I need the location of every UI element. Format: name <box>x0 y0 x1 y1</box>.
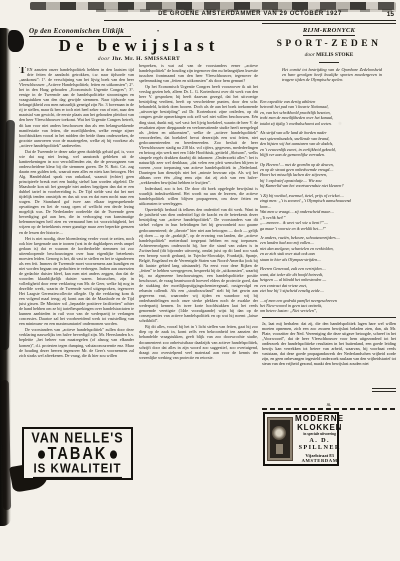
klokken-city: AMSTERDAM <box>295 458 344 463</box>
paragraph: Het is niet noodig, deze bloemlezing ver… <box>19 236 134 327</box>
deco-dot-right <box>110 450 117 458</box>
rijm-byline: door MELIS STOKE <box>262 52 396 58</box>
paragraph: bespreken, is wat zal van de voorstander… <box>139 63 258 83</box>
van-nelle-line2: TABAK <box>38 444 118 463</box>
van-nelle-ad: VAN NELLE'S TABAK IS KWALITEIT <box>22 427 133 480</box>
klokken-merchant-name: A. D. SPILLNER <box>295 438 344 452</box>
poem-stanza: ....of men een gedrukt pamflet neergesch… <box>260 298 396 314</box>
rijm-epigraph: Het comité tot bestrijding van de Openba… <box>282 67 382 83</box>
rijm-door-word: door <box>305 52 315 58</box>
paragraph: Op het Economisch Urgentie Congres heeft… <box>139 84 258 185</box>
rijm-bottom-rule <box>262 317 396 318</box>
poem-stanza: Op Heeren!.... met de gremlin op de deur… <box>260 162 396 189</box>
dashed-divider <box>262 408 396 410</box>
byline-door-word: door <box>98 56 110 62</box>
masthead-rule <box>104 20 396 21</box>
article-title: De bewijslast <box>20 36 258 56</box>
masthead-title: DE GROENE AMSTERDAMMER VAN 29 OCTOBER 19… <box>104 11 396 17</box>
rijm-prose: Ja, laat mij herhalen: dat zij, die den … <box>262 321 396 403</box>
rijm-author: MELIS STOKE <box>316 52 353 58</box>
column3-top-rule <box>262 23 396 24</box>
van-nelle-line3: IS KWALITEIT <box>33 462 121 478</box>
klokken-title-2: KLOKKEN <box>295 424 344 433</box>
page-number: 15 <box>387 11 394 18</box>
paragraph: TEN aanzien onzer handelspolitiek hebben… <box>19 67 134 148</box>
paragraph: Bij dit alles, vooral bij het in 't lich… <box>139 324 258 359</box>
poem-stanza: Een expeditie van dertig athleten betree… <box>260 99 396 126</box>
klokken-ad-text: MODERNE KLOKKEN in speciale uitvoering A… <box>295 415 344 463</box>
rijm-poem: Een expeditie van dertig athleten betree… <box>260 99 396 313</box>
article-column-2: bespreken, is wat zal van de voorstander… <box>139 63 258 466</box>
rijm-divider-rule <box>319 62 339 63</box>
deco-dot-left <box>38 450 45 458</box>
poem-stanza: Als strijd van alle land de horden nader… <box>260 130 396 157</box>
article-byline: door Jhr. Mr. H. SMISSAERT <box>20 56 258 62</box>
poem-stanza: 't Zij bij voetbal, zwemsel, tietel, pri… <box>260 193 396 231</box>
article-kicker: Op den Economischen Uitkijk <box>29 27 124 35</box>
article-column-1: TEN aanzien onzer handelspolitiek hebben… <box>19 67 134 422</box>
paragraph: Opzettelijk herhaal ik telkens den onder… <box>139 207 258 323</box>
rijm-kicker-text: RIJM-KRONYCK <box>303 27 355 36</box>
newspaper-page: DE GROENE AMSTERDAMMER VAN 29 OCTOBER 19… <box>0 0 400 561</box>
paragraph: De voorstanders van „actieve handelspoli… <box>19 327 134 357</box>
klokken-ad: MODERNE KLOKKEN in speciale uitvoering A… <box>263 412 339 466</box>
rijm-kicker: RIJM-KRONYCK <box>262 27 396 34</box>
byline-author: Jhr. Mr. H. SMISSAERT <box>112 56 180 62</box>
van-nelle-tabak: TABAK <box>48 444 108 463</box>
clock-image <box>267 417 293 461</box>
poem-stanza: Heeren Generaal, zult een vertrijden....… <box>260 266 396 293</box>
rijm-title: SPORT-ZEDEN <box>262 39 396 49</box>
separator-dot: • <box>157 29 159 35</box>
van-nelle-line1: VAN NELLE'S <box>31 430 123 446</box>
paragraph: Inderdaad, zoo is het. De door dit boek … <box>139 186 258 206</box>
paragraph: Dat de Tweemde te dezer zake geen duidel… <box>19 149 134 235</box>
poem-stanza: Je anders, ruziën, bekeure, schoutzoenri… <box>260 235 396 262</box>
